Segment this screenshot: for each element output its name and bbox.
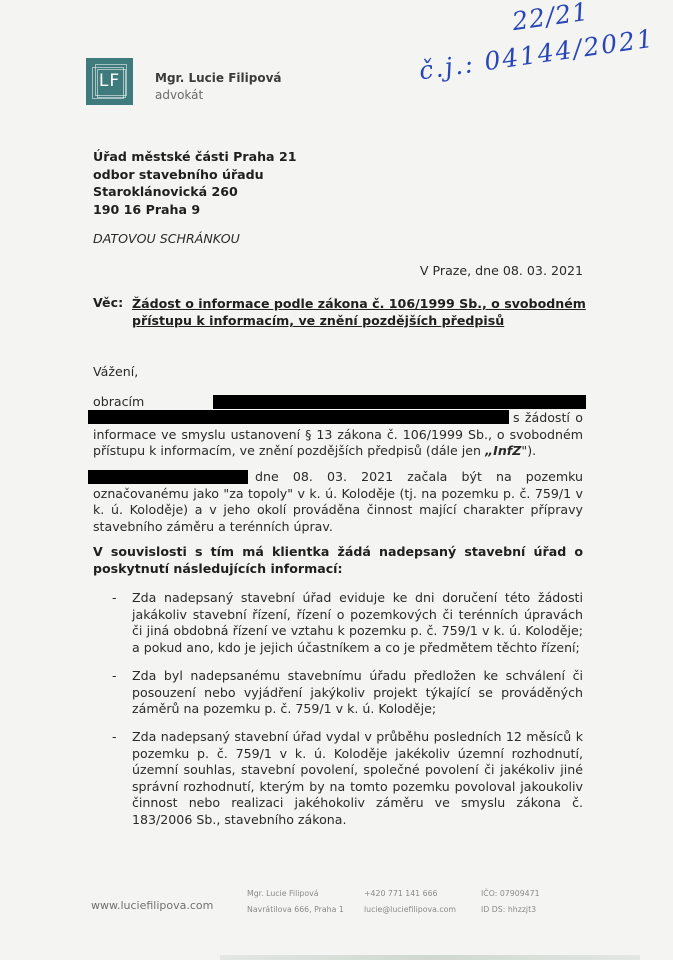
request-heading: V souvislosti s tím má klientka žádá nad…	[93, 544, 583, 577]
footer-idds: ID DS: hhzzjt3	[481, 902, 540, 918]
bullet-dash: -	[112, 729, 122, 746]
recipient-address: Úřad městské části Praha 21 odbor staveb…	[93, 148, 296, 218]
salutation: Vážení,	[93, 364, 138, 381]
subject-label: Věc:	[93, 295, 123, 310]
request-item: Zda byl nadepsanému stavebnímu úřadu pře…	[132, 668, 583, 718]
abbreviation: „InfZ	[485, 443, 521, 458]
recipient-line: Staroklánovická 260	[93, 183, 296, 201]
paragraph-intro-cont: s žádostí o informace ve smyslu ustanove…	[93, 410, 583, 460]
handwritten-reference: 22/21	[510, 0, 590, 36]
logo: LF	[86, 58, 133, 105]
delivery-method: DATOVOU SCHRÁNKOU	[93, 231, 240, 246]
footer-address: Mgr. Lucie Filipová Navrátilova 666, Pra…	[247, 886, 344, 918]
footer-email: lucie@luciefilipova.com	[364, 902, 456, 918]
scan-edge	[220, 955, 640, 960]
recipient-line: odbor stavebního úřadu	[93, 166, 296, 184]
footer-line: Mgr. Lucie Filipová	[247, 886, 344, 902]
sender-name: Mgr. Lucie Filipová	[155, 71, 282, 85]
footer-phone: +420 771 141 666	[364, 886, 456, 902]
footer-ico: IČO: 07909471	[481, 886, 540, 902]
logo-initials: LF	[86, 71, 133, 91]
paragraph-activity: dne 08. 03. 2021 začala být na pozemku o…	[93, 469, 583, 535]
sender-role: advokát	[155, 88, 203, 102]
date-line: V Praze, dne 08. 03. 2021	[420, 263, 583, 278]
para-text: ").	[521, 443, 536, 458]
footer-contact: +420 771 141 666 lucie@luciefilipova.com	[364, 886, 456, 918]
footer-line: Navrátilova 666, Praha 1	[247, 902, 344, 918]
request-item: Zda nadepsaný stavební úřad vydal v průb…	[132, 729, 583, 828]
bullet-dash: -	[112, 590, 122, 607]
subject-text: Žádost o informace podle zákona č. 106/1…	[132, 295, 592, 329]
redaction-bar	[213, 395, 586, 409]
footer-website: www.luciefilipova.com	[91, 899, 213, 912]
request-item: Zda nadepsaný stavební úřad eviduje ke d…	[132, 590, 583, 656]
recipient-line: 190 16 Praha 9	[93, 201, 296, 219]
footer-ids: IČO: 07909471 ID DS: hhzzjt3	[481, 886, 540, 918]
recipient-line: Úřad městské části Praha 21	[93, 148, 296, 166]
bullet-dash: -	[112, 668, 122, 685]
